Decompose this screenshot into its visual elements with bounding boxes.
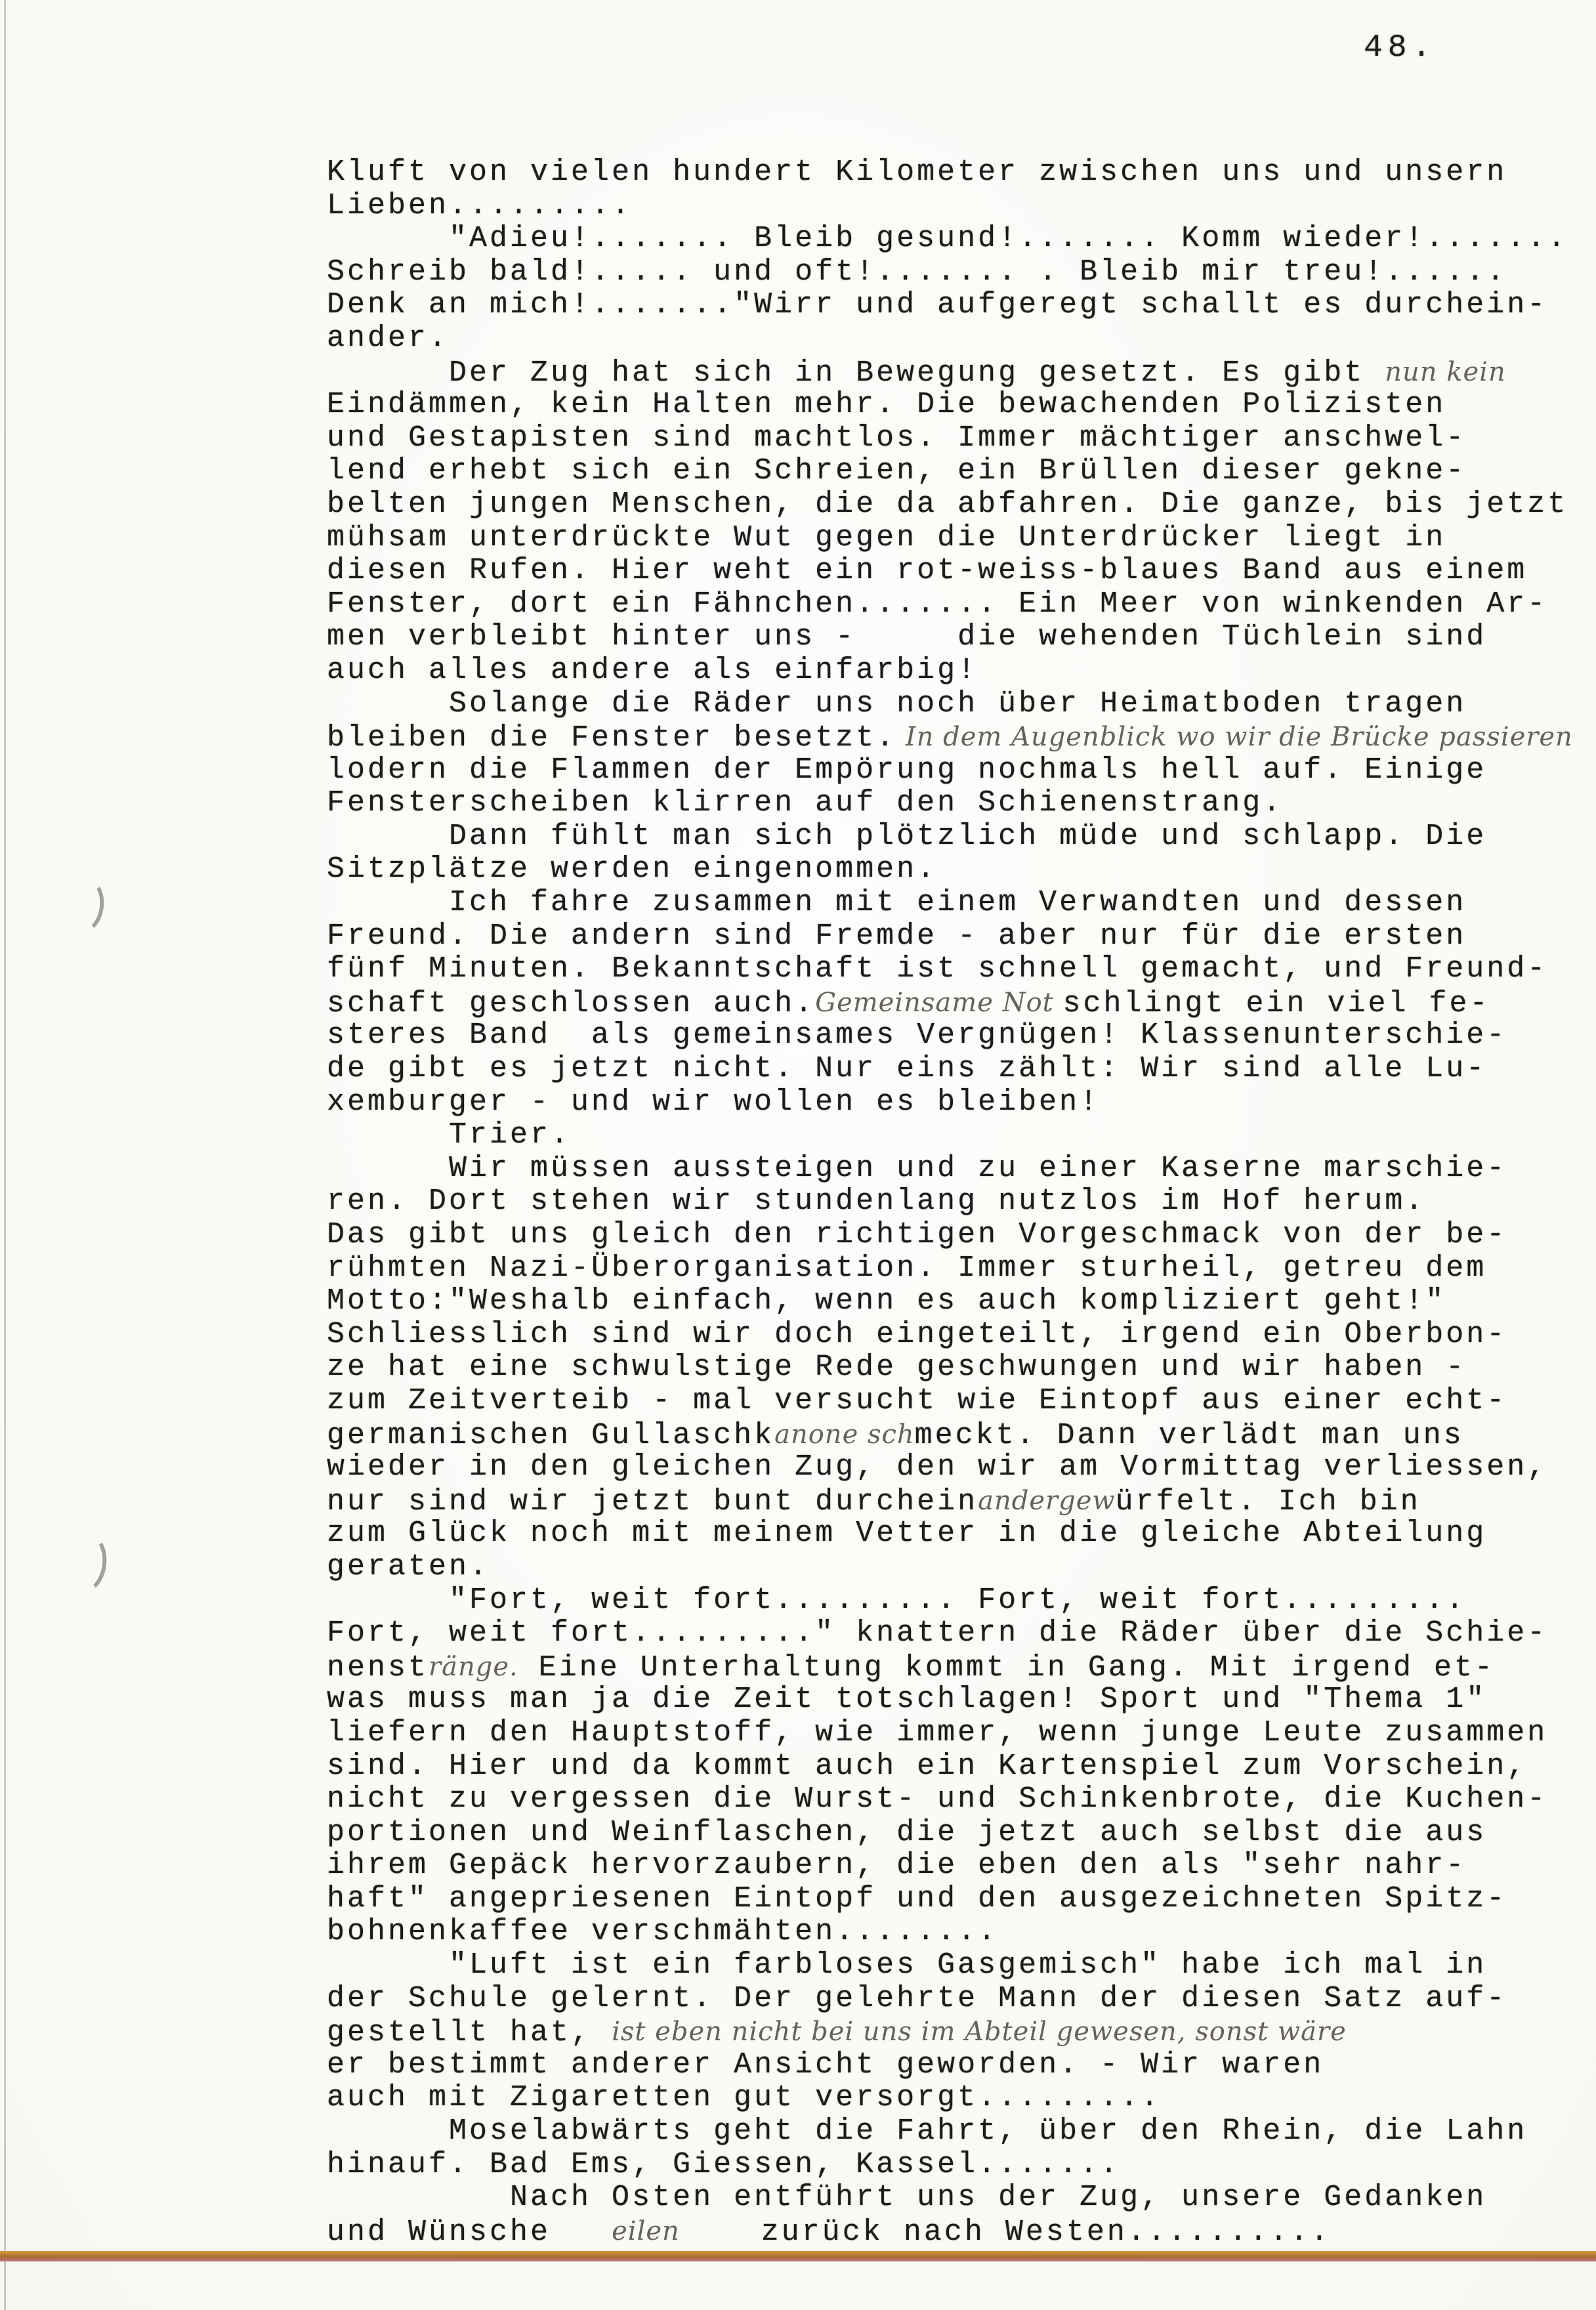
handwritten-annotation: ist eben nicht bei uns im Abteil gewesen… [612,2017,1347,2047]
typed-text: Fort, weit fort........." knattern die R… [327,1616,1547,1650]
typed-text: schlingt ein viel fe- [1062,987,1490,1020]
typed-text: zum Glück noch mit meinem Vetter in die … [327,1517,1486,1550]
typed-text: fünf Minuten. Bekanntschaft ist schnell … [327,952,1547,986]
text-line: men verbleibt hinter uns - die wehenden … [327,621,1547,654]
text-line: nur sind wir jetzt bunt durcheinandergew… [327,1484,1547,1518]
typed-text: Lieben......... [327,189,632,222]
text-line: er bestimmt anderer Ansicht geworden. - … [327,2049,1547,2082]
text-line: schaft geschlossen auch.Gemeinsame Not s… [327,986,1547,1020]
text-line: de gibt es jetzt nicht. Nur eins zählt: … [327,1053,1547,1086]
typed-text: ze hat eine schwulstige Rede geschwungen… [327,1351,1466,1384]
scan-artifact-line [0,2251,1596,2261]
text-line: germanischen Gullaschkanone schmeckt. Da… [327,1418,1547,1452]
typed-text: was muss man ja die Zeit totschlagen! Sp… [327,1683,1486,1716]
typed-text: Moselabwärts geht die Fahrt, über den Rh… [327,2114,1527,2148]
typed-text: Der Zug hat sich in Bewegung gesetzt. Es… [327,356,1385,390]
hole-punch-mark [62,875,107,935]
text-line: und Gestapisten sind machtlos. Immer mäc… [327,422,1547,455]
text-line: fünf Minuten. Bekanntschaft ist schnell … [327,953,1547,986]
scan-edge-line [4,0,6,2310]
handwritten-annotation: nun kein [1385,357,1505,387]
handwritten-annotation: In dem Augenblick wo wir die Brücke pass… [896,722,1573,752]
typed-text: germanischen Gullaschk [327,1419,774,1452]
text-line: zum Zeitverteib - mal versucht wie Einto… [327,1385,1547,1418]
typed-text: ürfelt. Ich bin [1116,1485,1421,1519]
text-line: nenstränge. Eine Unterhaltung kommt in G… [327,1650,1547,1684]
typed-text: Schliesslich sind wir doch eingeteilt, i… [327,1318,1507,1351]
handwritten-annotation: ränge. [429,1652,518,1682]
typed-text: auch mit Zigaretten gut versorgt........… [327,2081,1161,2114]
text-line: hinauf. Bad Ems, Giessen, Kassel....... [327,2149,1547,2182]
typed-text: men verbleibt hinter uns - die wehenden … [327,620,1486,654]
text-line: Schliesslich sind wir doch eingeteilt, i… [327,1318,1547,1352]
handwritten-annotation: andergew [978,1486,1116,1516]
text-line: Kluft von vielen hundert Kilometer zwisc… [327,156,1547,190]
text-line: haft" angepriesenen Eintopf und den ausg… [327,1883,1547,1916]
typed-text: nur sind wir jetzt bunt durchein [327,1485,978,1519]
typed-text: mühsam unterdrückte Wut gegen die Unterd… [327,521,1446,555]
typed-text: diesen Rufen. Hier weht ein rot-weiss-bl… [327,554,1527,587]
text-line: Wir müssen aussteigen und zu einer Kaser… [327,1152,1547,1186]
text-line: Das gibt uns gleich den richtigen Vorges… [327,1219,1547,1252]
text-line: portionen und Weinflaschen, die jetzt au… [327,1816,1547,1850]
typed-text: meckt. Dann verlädt man uns [915,1419,1464,1452]
typed-text: Denk an mich!......."Wirr und aufgeregt … [327,288,1547,322]
typed-text: ren. Dort stehen wir stundenlang nutzlos… [327,1185,1425,1218]
text-line: gestellt hat, ist eben nicht bei uns im … [327,2015,1547,2049]
handwritten-annotation: Gemeinsame Not [815,988,1062,1018]
typed-text: Das gibt uns gleich den richtigen Vorges… [327,1218,1507,1251]
text-line: der Schule gelernt. Der gelehrte Mann de… [327,1983,1547,2016]
text-line: belten jungen Menschen, die da abfahren.… [327,488,1547,522]
text-line: Schreib bald!..... und oft!....... . Ble… [327,256,1547,289]
typed-text: zurück nach Westen.......... [680,2215,1331,2249]
text-line: ihrem Gepäck hervorzaubern, die eben den… [327,1849,1547,1883]
typed-text: haft" angepriesenen Eintopf und den ausg… [327,1882,1507,1916]
typed-text: Fenster, dort ein Fähnchen....... Ein Me… [327,587,1547,621]
handwritten-annotation: eilen [612,2216,680,2246]
text-line: Solange die Räder uns noch über Heimatbo… [327,688,1547,721]
text-line: rühmten Nazi-Überorganisation. Immer stu… [327,1252,1547,1286]
text-line: Motto:"Weshalb einfach, wenn es auch kom… [327,1285,1547,1318]
text-line: steres Band als gemeinsames Vergnügen! K… [327,1019,1547,1053]
typed-text: Solange die Räder uns noch über Heimatbo… [327,687,1466,721]
typed-text: "Luft ist ein farbloses Gasgemisch" habe… [327,1948,1486,1982]
text-line: Freund. Die andern sind Fremde - aber nu… [327,920,1547,954]
text-line: nicht zu vergessen die Wurst- und Schink… [327,1783,1547,1816]
typed-text: Nach Osten entführt uns der Zug, unsere … [327,2181,1486,2214]
text-line: Der Zug hat sich in Bewegung gesetzt. Es… [327,356,1547,389]
typed-text: auch alles andere als einfarbig! [327,654,978,687]
typed-text: sind. Hier und da kommt auch ein Kartens… [327,1750,1527,1783]
typed-text: schaft geschlossen auch. [327,987,815,1020]
typed-text: Kluft von vielen hundert Kilometer zwisc… [327,156,1507,189]
typed-text: nicht zu vergessen die Wurst- und Schink… [327,1782,1547,1816]
typed-text: Eine Unterhaltung kommt in Gang. Mit irg… [518,1651,1495,1685]
text-line: Denk an mich!......."Wirr und aufgeregt … [327,289,1547,322]
handwritten-annotation: anone sch [774,1419,915,1450]
text-line: "Fort, weit fort......... Fort, weit for… [327,1584,1547,1618]
text-line: Fensterscheiben klirren auf den Schienen… [327,787,1547,820]
typed-text: Schreib bald!..... und oft!....... . Ble… [327,255,1507,289]
text-line: lend erhebt sich ein Schreien, ein Brüll… [327,455,1547,488]
typed-text: Freund. Die andern sind Fremde - aber nu… [327,919,1466,953]
text-line: Ich fahre zusammen mit einem Verwandten … [327,887,1547,920]
text-line: Dann fühlt man sich plötzlich müde und s… [327,820,1547,854]
typed-text: belten jungen Menschen, die da abfahren.… [327,488,1568,521]
text-line: ander. [327,322,1547,356]
typed-text: Ich fahre zusammen mit einem Verwandten … [327,886,1466,919]
text-line: Moselabwärts geht die Fahrt, über den Rh… [327,2115,1547,2149]
text-line: ze hat eine schwulstige Rede geschwungen… [327,1351,1547,1385]
typed-text: lodern die Flammen der Empörung nochmals… [327,753,1486,787]
text-line: wieder in den gleichen Zug, den wir am V… [327,1451,1547,1484]
text-line: Eindämmen, kein Halten mehr. Die bewache… [327,388,1547,422]
text-line: liefern den Hauptstoff, wie immer, wenn … [327,1717,1547,1750]
text-line: Sitzplätze werden eingenommen. [327,853,1547,887]
typed-text: ihrem Gepäck hervorzaubern, die eben den… [327,1849,1466,1882]
typed-text: de gibt es jetzt nicht. Nur eins zählt: … [327,1052,1486,1085]
text-line: Fenster, dort ein Fähnchen....... Ein Me… [327,588,1547,621]
scanned-document-page: 48. Kluft von vielen hundert Kilometer z… [0,0,1596,2310]
text-line: mühsam unterdrückte Wut gegen die Unterd… [327,522,1547,555]
typed-text: xemburger - und wir wollen es bleiben! [327,1085,1100,1119]
text-line: Nach Osten entführt uns der Zug, unsere … [327,2181,1547,2215]
hole-punch-mark [60,1530,110,1596]
text-line: lodern die Flammen der Empörung nochmals… [327,754,1547,787]
typed-text: wieder in den gleichen Zug, den wir am V… [327,1450,1547,1484]
text-line: Trier. [327,1119,1547,1152]
typed-text: geraten. [327,1550,490,1584]
text-line: auch mit Zigaretten gut versorgt........… [327,2082,1547,2115]
typed-text: rühmten Nazi-Überorganisation. Immer stu… [327,1251,1486,1285]
typed-text: "Adieu!....... Bleib gesund!....... Komm… [327,222,1568,255]
text-line: geraten. [327,1551,1547,1584]
text-line: xemburger - und wir wollen es bleiben! [327,1086,1547,1120]
typed-text: gestellt hat, [327,2016,612,2049]
page-number: 48. [1364,30,1436,66]
typed-text: Wir müssen aussteigen und zu einer Kaser… [327,1152,1507,1185]
document-text: Kluft von vielen hundert Kilometer zwisc… [327,156,1547,2248]
text-line: Lieben......... [327,190,1547,223]
text-line: bleiben die Fenster besetzt. In dem Auge… [327,721,1547,754]
text-line: auch alles andere als einfarbig! [327,654,1547,688]
typed-text: zum Zeitverteib - mal versucht wie Einto… [327,1384,1507,1417]
typed-text: lend erhebt sich ein Schreien, ein Brüll… [327,454,1466,488]
typed-text: nenst [327,1651,429,1685]
typed-text: Fensterscheiben klirren auf den Schienen… [327,786,1283,820]
text-line: sind. Hier und da kommt auch ein Kartens… [327,1750,1547,1784]
typed-text: der Schule gelernt. Der gelehrte Mann de… [327,1982,1507,2015]
text-line: bohnenkaffee verschmähten........ [327,1916,1547,1949]
typed-text: bleiben die Fenster besetzt. [327,721,896,755]
text-line: und Wünsche eilen zurück nach Westen....… [327,2215,1547,2248]
typed-text: bohnenkaffee verschmähten........ [327,1915,998,1948]
text-line: was muss man ja die Zeit totschlagen! Sp… [327,1683,1547,1717]
typed-text: Eindämmen, kein Halten mehr. Die bewache… [327,388,1446,421]
typed-text: ander. [327,322,449,355]
typed-text: hinauf. Bad Ems, Giessen, Kassel....... [327,2148,1120,2181]
typed-text: Sitzplätze werden eingenommen. [327,852,937,886]
text-line: zum Glück noch mit meinem Vetter in die … [327,1517,1547,1551]
typed-text: liefern den Hauptstoff, wie immer, wenn … [327,1716,1547,1750]
typed-text: Motto:"Weshalb einfach, wenn es auch kom… [327,1284,1446,1318]
typed-text: Trier. [327,1118,571,1152]
text-line: "Adieu!....... Bleib gesund!....... Komm… [327,222,1547,256]
text-line: ren. Dort stehen wir stundenlang nutzlos… [327,1185,1547,1219]
typed-text: "Fort, weit fort......... Fort, weit for… [327,1584,1466,1617]
typed-text: und Wünsche [327,2215,612,2249]
typed-text: steres Band als gemeinsames Vergnügen! K… [327,1018,1507,1052]
typed-text: er bestimmt anderer Ansicht geworden. - … [327,2048,1324,2082]
typed-text: portionen und Weinflaschen, die jetzt au… [327,1816,1486,1849]
text-line: "Luft ist ein farbloses Gasgemisch" habe… [327,1949,1547,1983]
typed-text: und Gestapisten sind machtlos. Immer mäc… [327,421,1466,455]
typed-text: Dann fühlt man sich plötzlich müde und s… [327,820,1486,853]
text-line: diesen Rufen. Hier weht ein rot-weiss-bl… [327,555,1547,588]
text-line: Fort, weit fort........." knattern die R… [327,1617,1547,1650]
